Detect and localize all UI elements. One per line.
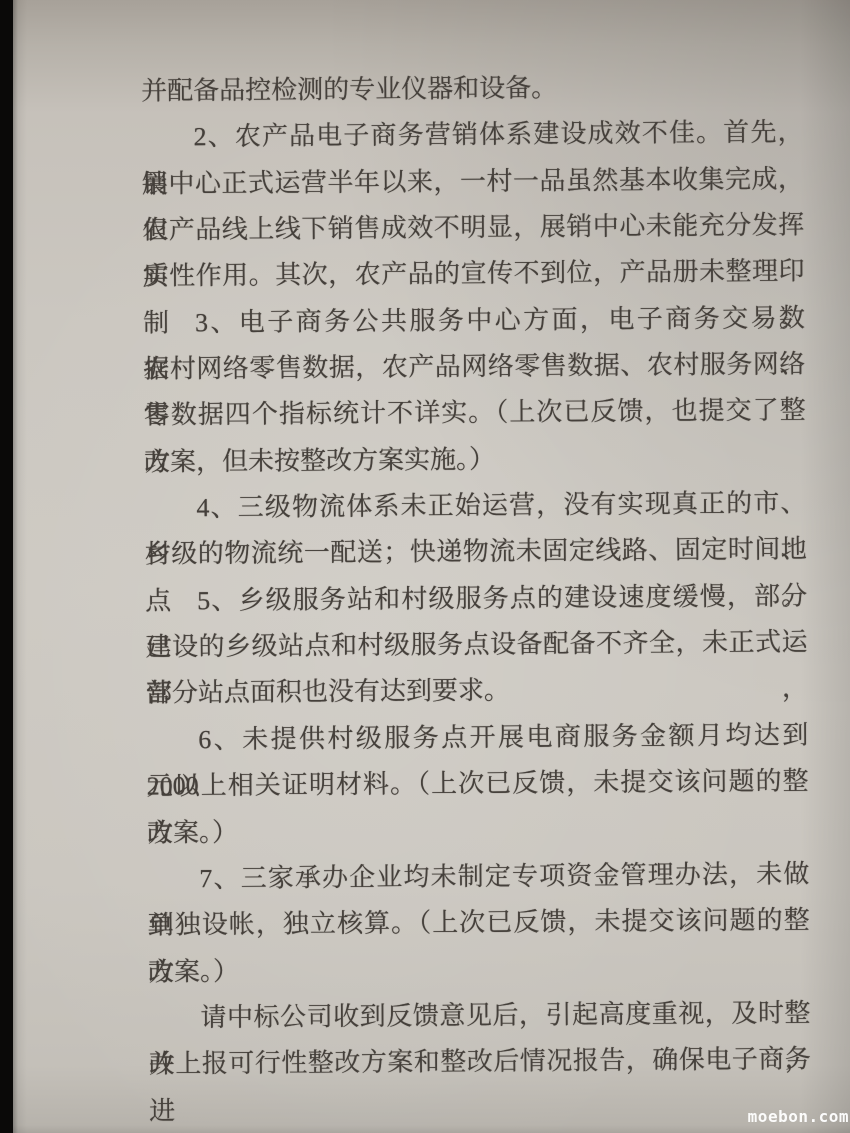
document-text: 并配备品控检测的专业仪器和设备。2、农产品电子商务营销体系建设成效不佳。首先，展… xyxy=(141,63,811,1088)
document-line: 质性作用。其次，农产品的宣传不到位，产品册未整理印制。 xyxy=(142,249,804,301)
watermark: moebon.com xyxy=(748,1107,849,1126)
document-line: 单独设帐，独立核算。（上次已反馈，未提交该问题的整改 xyxy=(148,898,810,950)
document-line: 农村网络零售数据，农产品网络零售数据、农村服务网络零 xyxy=(143,341,805,393)
document-line: 4、三级物流体系未正始运营，没有实现真正的市、乡、 xyxy=(144,480,806,532)
document-line: 请中标公司收到反馈意见后，引起高度重视，及时整改， xyxy=(148,990,810,1042)
document-line: 2、农产品电子商务营销体系建设成效不佳。首先，展 xyxy=(141,110,803,162)
document-line: 方案，但未按整改方案实施。） xyxy=(144,434,806,486)
document-line: 元以上相关证明材料。（上次已反馈，未提交该问题的整改 xyxy=(146,759,808,811)
document-line: 7、三家承办企业均未制定专项资金管理办法，未做到 xyxy=(147,851,809,903)
document-line: 建设的乡级站点和村级服务点设备配备不齐全，未正式运营， xyxy=(145,620,807,672)
document-page: 并配备品控检测的专业仪器和设备。2、农产品电子商务营销体系建设成效不佳。首先，展… xyxy=(13,0,850,1133)
document-line: 并配备品控检测的专业仪器和设备。 xyxy=(141,63,803,115)
document-line: 村级的物流统一配送；快递物流未固定线路、固定时间地点。 xyxy=(145,527,807,579)
document-line: 方案。） xyxy=(147,805,809,857)
document-line: 售数据四个指标统计不详实。（上次已反馈，也提交了整改 xyxy=(144,388,806,440)
photo-frame: 并配备品控检测的专业仪器和设备。2、农产品电子商务营销体系建设成效不佳。首先，展… xyxy=(0,0,850,1133)
document-line: 6、未提供村级服务点开展电商服务金额月均达到 2000 xyxy=(146,712,808,764)
document-line: 5、乡级服务站和村级服务点的建设速度缓慢，部分已 xyxy=(145,573,807,625)
document-line: 农产品线上线下销售成效不明显，展销中心未能充分发挥实 xyxy=(142,202,804,254)
document-line: 方案。） xyxy=(148,944,810,996)
document-line: 并上报可行性整改方案和整改后情况报告，确保电子商务进 xyxy=(149,1037,811,1089)
document-line: 销中心正式运营半年以来，一村一品虽然基本收集完成，但 xyxy=(142,156,804,208)
document-line: 3、电子商务公共服务中心方面，电子商务交易数据、 xyxy=(143,295,805,347)
